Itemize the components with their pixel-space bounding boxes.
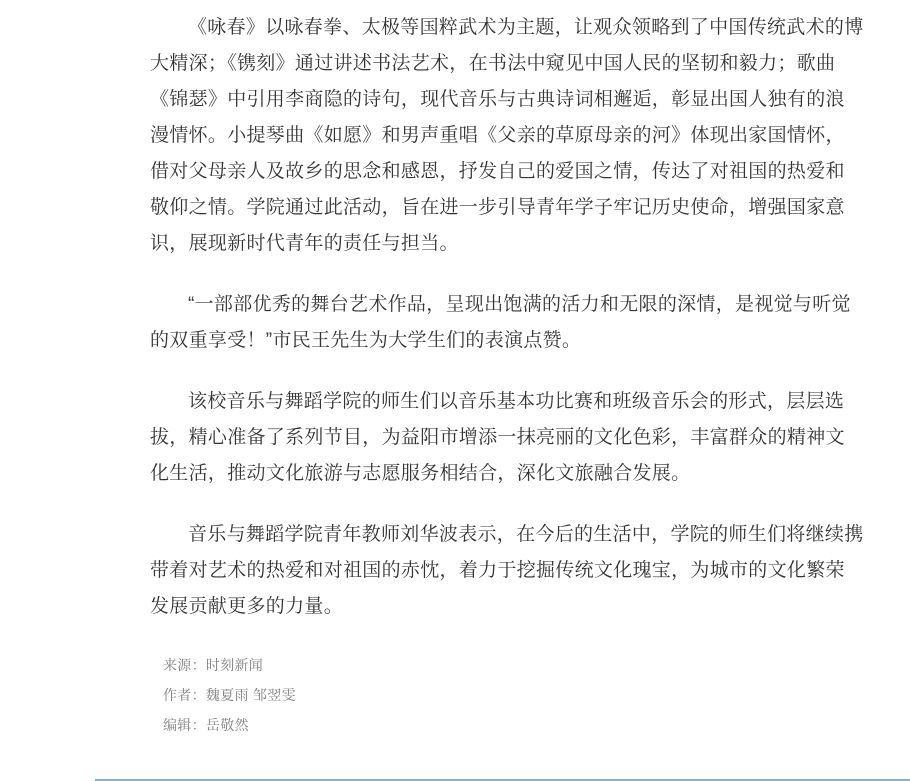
article-paragraph-2: “一部部优秀的舞台艺术作品，呈现出饱满的活力和无限的深情，是视觉与听觉的双重享受…	[150, 287, 864, 359]
meta-source-line: 来源：时刻新闻	[163, 650, 864, 680]
article-paragraph-4: 音乐与舞蹈学院青年教师刘华波表示，在今后的生活中，学院的师生们将继续携带着对艺术…	[150, 517, 864, 625]
meta-editor-line: 编辑：岳敬然	[163, 710, 864, 740]
article-paragraph-1: 《咏春》以咏春拳、太极等国粹武术为主题，让观众领略到了中国传统武术的博大精深；《…	[150, 10, 864, 262]
article-meta: 来源：时刻新闻 作者：魏夏雨 邹翌雯 编辑：岳敬然	[150, 650, 864, 740]
article-page: 《咏春》以咏春拳、太极等国粹武术为主题，让观众领略到了中国传统武术的博大精深；《…	[0, 0, 910, 781]
article-paragraph-3: 该校音乐与舞蹈学院的师生们以音乐基本功比赛和班级音乐会的形式，层层选拔，精心准备…	[150, 384, 864, 492]
meta-author-line: 作者：魏夏雨 邹翌雯	[163, 680, 864, 710]
article-body: 《咏春》以咏春拳、太极等国粹武术为主题，让观众领略到了中国传统武术的博大精深；《…	[0, 0, 910, 740]
